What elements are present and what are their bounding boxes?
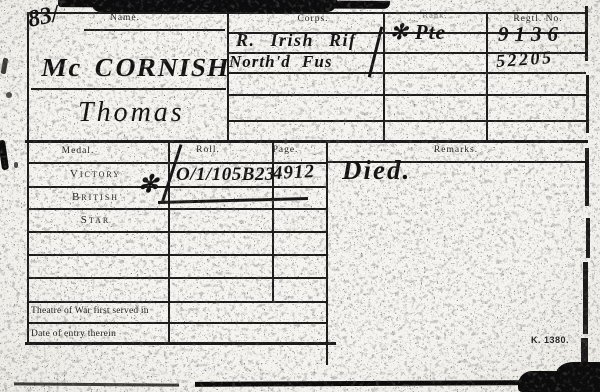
card-right-border (585, 148, 589, 206)
ref-mark-handwriting: 83/ (26, 1, 62, 34)
bottom-right-blob (556, 362, 600, 392)
surname-underline (31, 88, 226, 90)
service-rule (228, 72, 586, 74)
forename-handwriting: Thomas (78, 97, 185, 129)
card-left-border (27, 12, 29, 343)
scan-blob (146, 8, 172, 12)
date-of-entry-label: Date of entry therein (31, 329, 116, 339)
page-column-label: Page. (263, 145, 308, 155)
form-code: K. 1380. (531, 335, 569, 345)
remarks-handwriting: Died. (342, 155, 411, 186)
rank-regtl-divider (486, 12, 488, 141)
left-edge-blob (0, 140, 9, 171)
medal-column-label: Medal. (33, 146, 123, 156)
medal-row-rule (28, 186, 326, 188)
top-scan-band (92, 0, 337, 12)
mid-thick-rule (25, 140, 588, 143)
service-rule (228, 94, 586, 96)
card-right-border (586, 75, 589, 133)
corps-line2-handwriting: North'd Fus (229, 52, 332, 72)
name-label: Name. (75, 13, 175, 23)
medal-row-rule (28, 301, 326, 303)
bottom-scan-line (195, 380, 525, 386)
corps-label: Corps. (248, 14, 378, 24)
scan-blob (258, 9, 294, 13)
theatre-row-rule (28, 322, 326, 324)
star-medal-label: Star (48, 214, 143, 226)
victory-medal-label: Victory (48, 168, 143, 180)
regtl-no2-handwriting: 52205 (495, 47, 554, 72)
medal-index-card: Name. Corps. Rank. Regtl. No. Medal. Rol… (0, 0, 600, 392)
roll-column-label: Roll. (178, 145, 238, 155)
table-bottom-rule (25, 342, 336, 345)
medal-row-rule (28, 277, 326, 279)
card-right-border (586, 218, 590, 258)
bottom-scan-line (14, 382, 179, 386)
medal-row-rule (28, 254, 326, 256)
left-edge-blob (6, 92, 12, 98)
left-edge-blob (1, 58, 9, 75)
service-rule (228, 120, 586, 122)
card-right-border (583, 262, 588, 334)
surname-handwriting: Mc CORNISH (39, 53, 232, 83)
roll-value-handwriting: O/1/105B23 (176, 164, 275, 186)
rank-label: Rank. (405, 10, 465, 20)
corps-line1-handwriting: R. Irish Rif (236, 30, 357, 51)
medal-row-rule (28, 231, 326, 233)
british-medal-label: British (48, 191, 143, 203)
name-label-underline (84, 29, 225, 31)
remarks-label: Remarks. (391, 145, 521, 155)
medal-roll-divider (168, 141, 170, 342)
table-remarks-divider (326, 141, 328, 365)
corps-rank-divider (383, 12, 385, 141)
rank-handwriting: ✻ Pte (390, 20, 446, 45)
medal-row-rule (28, 208, 326, 210)
roll-mark-handwriting: ✻ (138, 170, 158, 199)
theatre-of-war-label: Theatre of War first served in (31, 306, 149, 316)
roll-underline-stroke (158, 197, 308, 204)
regtl-no1-handwriting: 9136 (498, 22, 564, 47)
left-edge-blob (14, 162, 18, 168)
page-value-handwriting: 4912 (272, 161, 315, 185)
